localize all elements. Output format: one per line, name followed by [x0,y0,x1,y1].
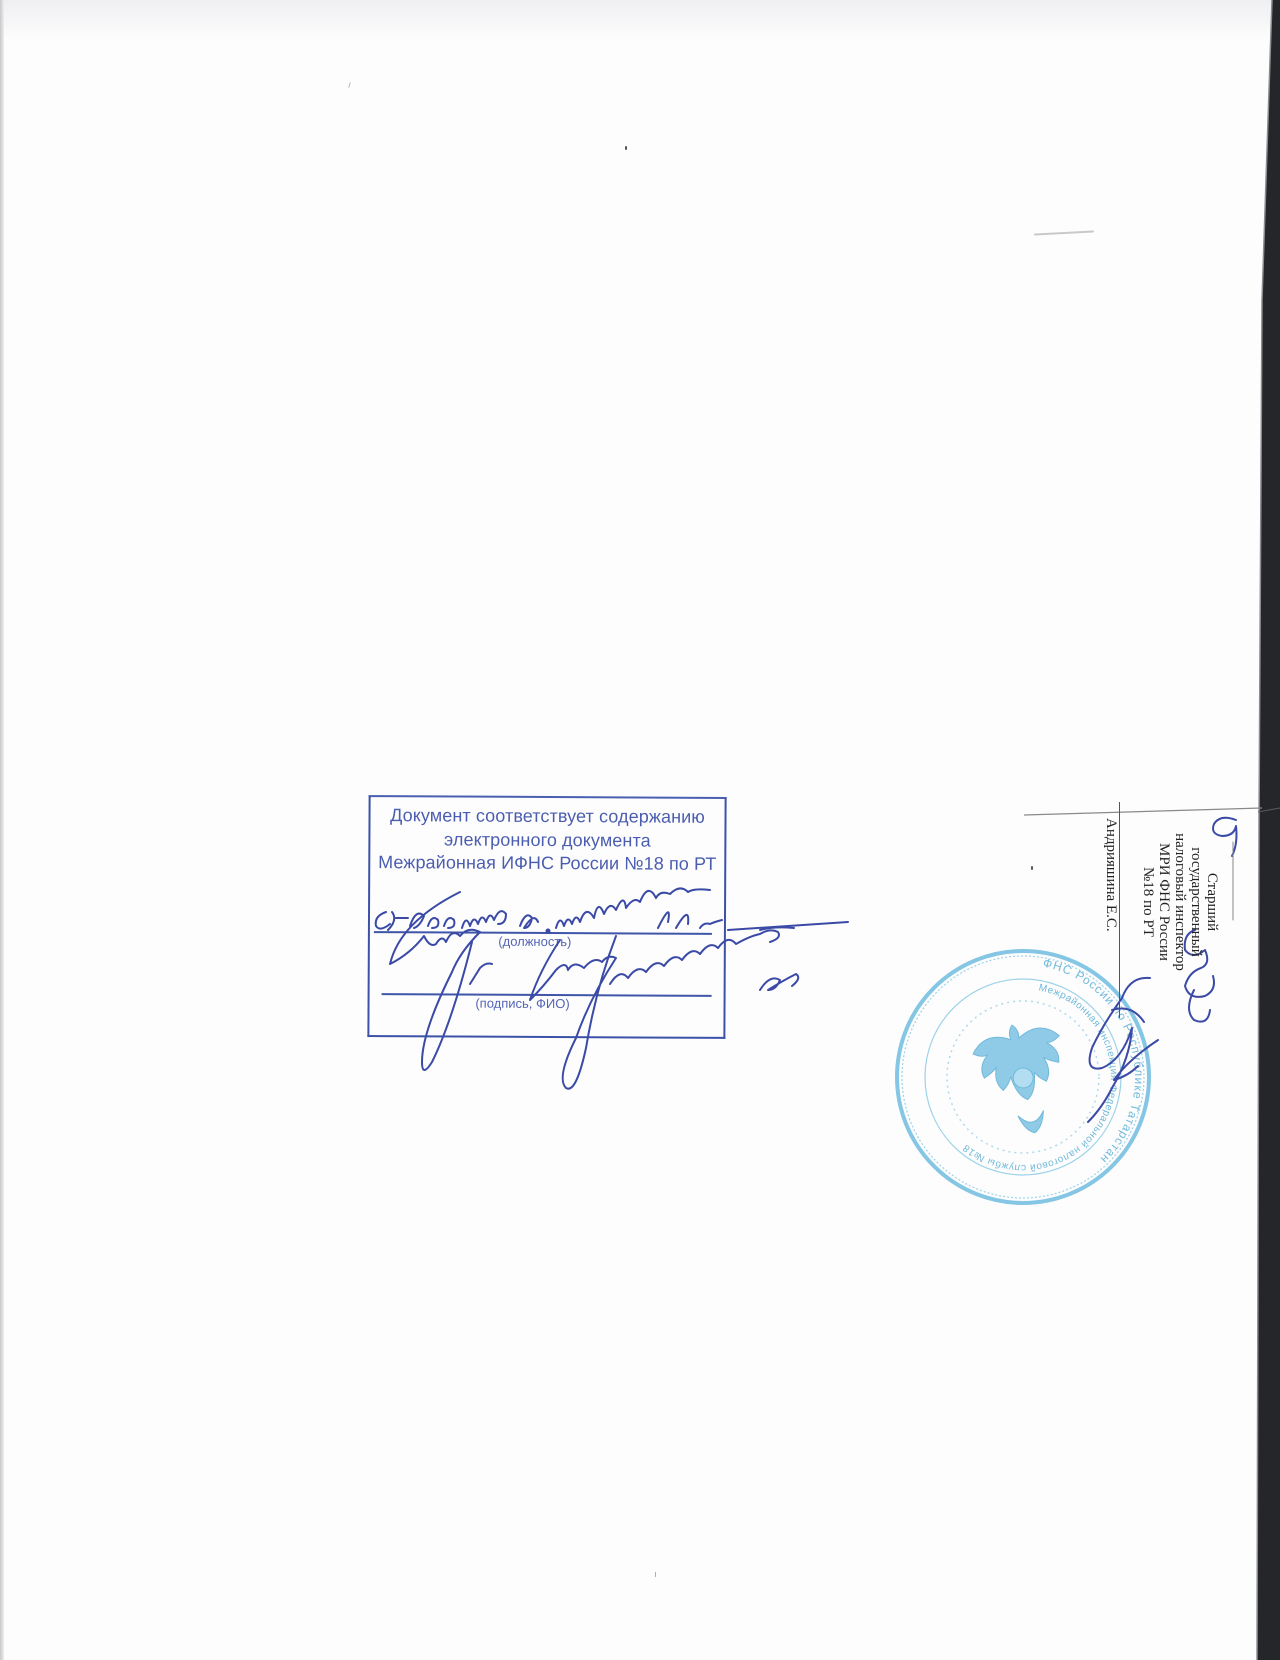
scan-fleck [1031,866,1033,870]
position-label: (должность) [480,934,590,950]
document-conformity-stamp: Документ соответствует содержанию электр… [367,795,726,1039]
scanned-page: Документ соответствует содержанию электр… [0,0,1280,1660]
signatory-title-line-2: государственный [1188,802,1204,1002]
scan-left-edge [0,0,4,1660]
eagle-emblem-icon [969,1016,1078,1142]
signature-label: (подпись, ФИО) [458,996,588,1012]
scan-fleck [348,82,351,88]
scan-top-shadow [0,0,1280,40]
scan-fleck [625,146,627,150]
signatory-name: Андрияшина Е.С. [1102,802,1120,1018]
scan-fleck [655,1572,656,1577]
stamp-header-line-1: Документ соответствует содержанию [370,805,724,827]
signatory-title-line-4: МРИ ФНС России [1156,802,1172,1002]
signatory-title-line-3: налоговый инспектор [1172,802,1188,1002]
stamp-header-line-2: электронного документа [370,829,724,851]
signatory-block: Старший государственный налоговый инспек… [1100,802,1220,1002]
scan-fleck [1034,230,1094,235]
signatory-title-line-1: Старший [1204,802,1220,1002]
signatory-title-line-5: №18 по РТ [1140,802,1156,1002]
stamp-header-line-3: Межрайонная ИФНС России №18 по РТ [370,852,724,874]
scan-right-edge [1250,0,1280,1660]
